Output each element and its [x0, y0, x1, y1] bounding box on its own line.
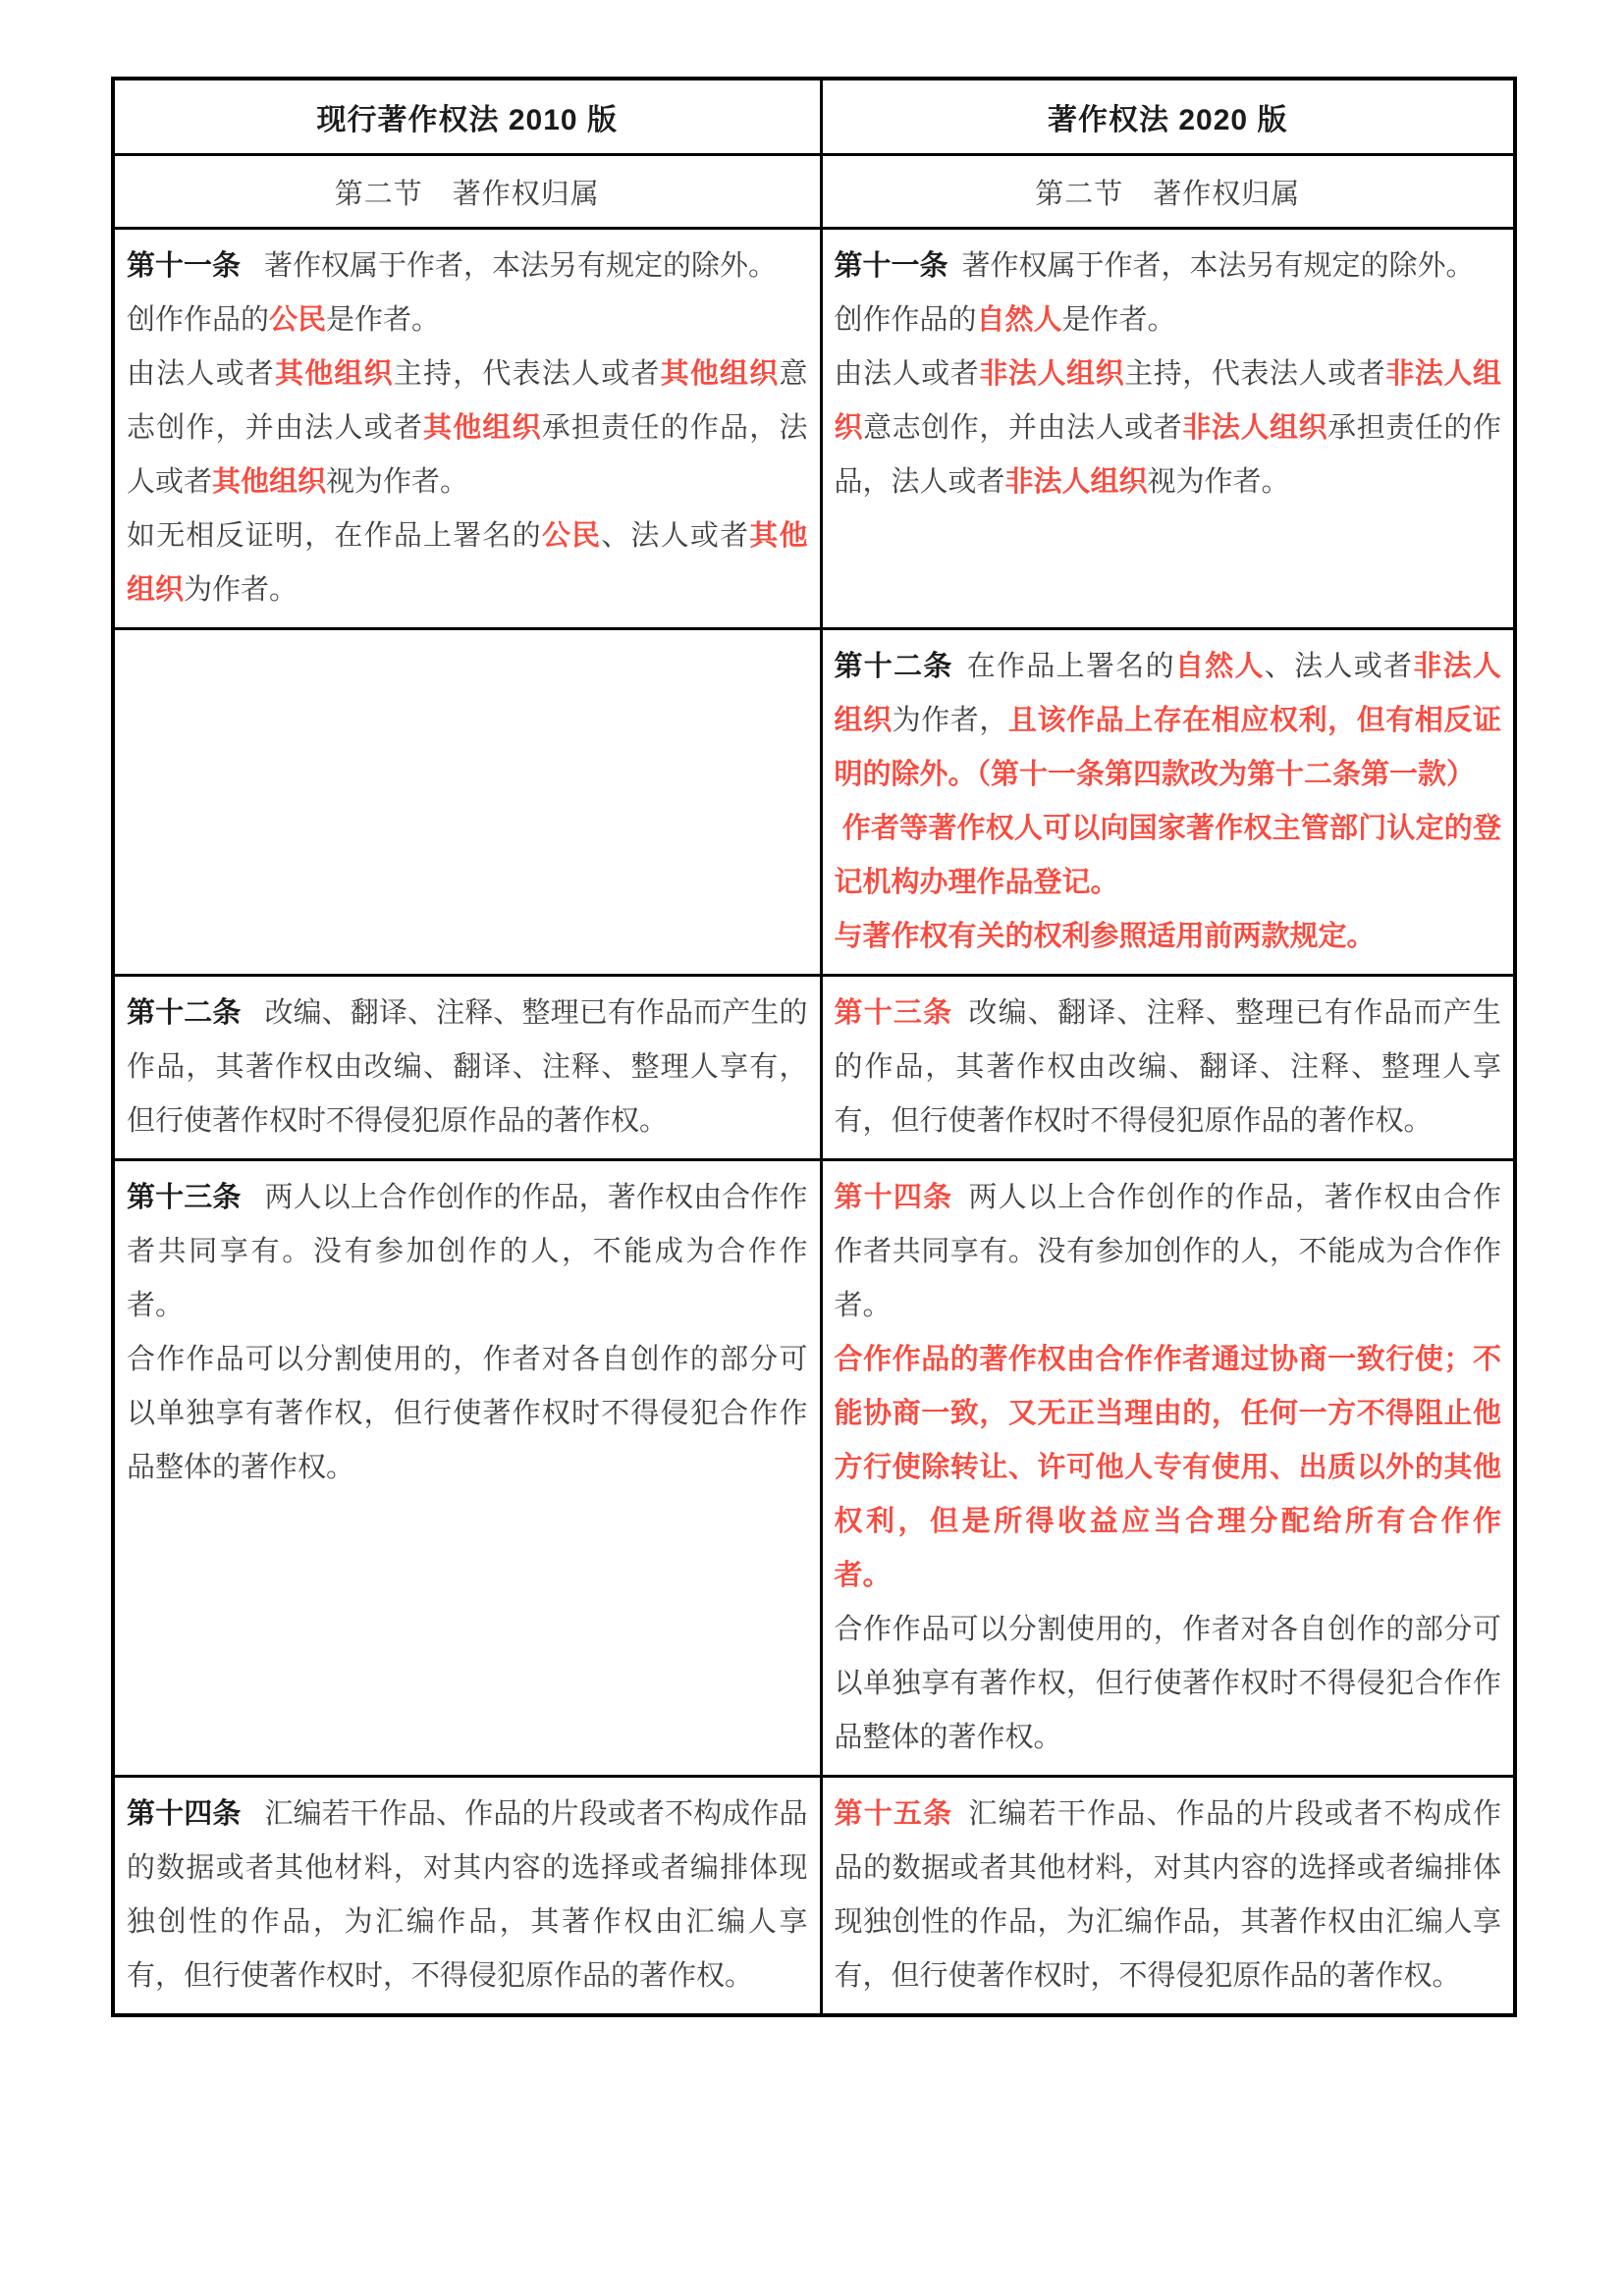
body-text: 视为作者。: [326, 466, 468, 498]
changed-text: 作者等著作权人可以向国家著作权主管部门认定的登记机构办理作品登记。: [835, 813, 1501, 898]
document-page: 现行著作权法 2010 版 著作权法 2020 版 第二节 著作权归属 第二节 …: [0, 0, 1624, 2296]
changed-text: 第十四条: [835, 1182, 953, 1213]
table-header-row: 现行著作权法 2010 版 著作权法 2020 版: [113, 79, 1515, 155]
body-text: 意志创作，并由法人或者: [863, 412, 1182, 444]
article-cell-left-article-11: 第十一条著作权属于作者，本法另有规定的除外。创作作品的公民是作者。由法人或者其他…: [113, 229, 821, 629]
column-header-2010: 现行著作权法 2010 版: [113, 79, 821, 155]
changed-text: 其他组织: [275, 358, 394, 390]
section-title-row: 第二节 著作权归属 第二节 著作权归属: [113, 155, 1515, 229]
paragraph: 作者等著作权人可以向国家著作权主管部门认定的登记机构办理作品登记。: [835, 802, 1502, 910]
paragraph: 由法人或者非法人组织主持，代表法人或者非法人组织意志创作，并由法人或者非法人组织…: [835, 347, 1502, 509]
body-text: 著作权属于作者，本法另有规定的除外。: [264, 250, 777, 282]
body-text: 主持，代表法人或者: [1124, 358, 1385, 390]
changed-text: 其他组织: [212, 466, 326, 498]
body-text: 在作品上署名的: [967, 651, 1175, 682]
article-row-article-14-old-15-new: 第十四条汇编若干作品、作品的片段或者不构成作品的数据或者其他材料，对其内容的选择…: [113, 1777, 1515, 2016]
body-text: 为作者，: [893, 705, 1008, 736]
article-number: 第十二条: [127, 997, 241, 1029]
paragraph: 创作作品的公民是作者。: [127, 294, 808, 347]
section-title-right: 第二节 著作权归属: [821, 155, 1515, 229]
article-cell-left-article-12-new: [113, 629, 821, 976]
paragraph: 第十一条著作权属于作者，本法另有规定的除外。: [127, 240, 808, 294]
paragraph: 第十二条在作品上署名的自然人、法人或者非法人组织为作者，且该作品上存在相应权利，…: [835, 640, 1502, 802]
body-text: 由法人或者: [835, 358, 980, 390]
article-row-article-13-old-14-new: 第十三条两人以上合作创作的作品，著作权由合作作者共同享有。没有参加创作的人，不能…: [113, 1160, 1515, 1777]
body-text: 是作者。: [326, 304, 440, 336]
changed-text: 自然人: [977, 304, 1062, 336]
body-text: 、法人或者: [1265, 651, 1414, 682]
article-row-article-12-old-13-new: 第十二条改编、翻译、注释、整理已有作品而产生的作品，其著作权由改编、翻译、注释、…: [113, 976, 1515, 1160]
article-cell-right-article-12-old-13-new: 第十三条改编、翻译、注释、整理已有作品而产生的作品，其著作权由改编、翻译、注释、…: [821, 976, 1515, 1160]
article-cell-left-article-14-old-15-new: 第十四条汇编若干作品、作品的片段或者不构成作品的数据或者其他材料，对其内容的选择…: [113, 1777, 821, 2016]
paragraph: 第十四条汇编若干作品、作品的片段或者不构成作品的数据或者其他材料，对其内容的选择…: [127, 1788, 808, 2003]
changed-text: 公民: [269, 304, 326, 336]
article-number: 第十一条: [127, 250, 241, 282]
article-number: 第十二条: [835, 651, 953, 682]
paragraph: 第十三条两人以上合作创作的作品，著作权由合作作者共同享有。没有参加创作的人，不能…: [127, 1171, 808, 1333]
column-header-2020: 著作权法 2020 版: [821, 79, 1515, 155]
paragraph: 与著作权有关的权利参照适用前两款规定。: [835, 910, 1502, 964]
article-number: 第十三条: [127, 1182, 241, 1213]
paragraph: 第十三条改编、翻译、注释、整理已有作品而产生的作品，其著作权由改编、翻译、注释、…: [835, 987, 1502, 1148]
body-text: 视为作者。: [1148, 466, 1290, 498]
body-text: 如无相反证明，在作品上署名的: [127, 520, 542, 552]
paragraph: 合作作品可以分割使用的，作者对各自创作的部分可以单独享有著作权，但行使著作权时不…: [835, 1603, 1502, 1765]
law-comparison-table: 现行著作权法 2010 版 著作权法 2020 版 第二节 著作权归属 第二节 …: [111, 77, 1517, 2017]
body-text: 由法人或者: [127, 358, 275, 390]
article-row-article-12-new: 第十二条在作品上署名的自然人、法人或者非法人组织为作者，且该作品上存在相应权利，…: [113, 629, 1515, 976]
paragraph: 合作作品的著作权由合作作者通过协商一致行使；不能协商一致，又无正当理由的，任何一…: [835, 1333, 1502, 1603]
paragraph: 第十五条汇编若干作品、作品的片段或者不构成作品的数据或者其他材料，对其内容的选择…: [835, 1788, 1502, 2003]
body-text: 合作作品可以分割使用的，作者对各自创作的部分可以单独享有著作权，但行使著作权时不…: [835, 1614, 1502, 1753]
body-text: 、法人或者: [601, 520, 749, 552]
article-cell-right-article-14-old-15-new: 第十五条汇编若干作品、作品的片段或者不构成作品的数据或者其他材料，对其内容的选择…: [821, 1777, 1515, 2016]
article-cell-right-article-11: 第十一条著作权属于作者，本法另有规定的除外。创作作品的自然人是作者。由法人或者非…: [821, 229, 1515, 629]
paragraph: 第十四条两人以上合作创作的作品，著作权由合作作者共同享有。没有参加创作的人，不能…: [835, 1171, 1502, 1333]
changed-text: 第十五条: [835, 1798, 953, 1830]
article-cell-right-article-12-new: 第十二条在作品上署名的自然人、法人或者非法人组织为作者，且该作品上存在相应权利，…: [821, 629, 1515, 976]
changed-text: 合作作品的著作权由合作作者通过协商一致行使；不能协商一致，又无正当理由的，任何一…: [835, 1344, 1502, 1591]
body-text: 创作作品的: [127, 304, 269, 336]
changed-text: 其他组织: [423, 412, 542, 444]
paragraph: 第十一条著作权属于作者，本法另有规定的除外。: [835, 240, 1502, 294]
article-cell-left-article-13-old-14-new: 第十三条两人以上合作创作的作品，著作权由合作作者共同享有。没有参加创作的人，不能…: [113, 1160, 821, 1777]
article-row-article-11: 第十一条著作权属于作者，本法另有规定的除外。创作作品的公民是作者。由法人或者其他…: [113, 229, 1515, 629]
body-text: 创作作品的: [835, 304, 977, 336]
paragraph: 合作作品可以分割使用的，作者对各自创作的部分可以单独享有著作权，但行使著作权时不…: [127, 1333, 808, 1495]
body-text: 主持，代表法人或者: [394, 358, 661, 390]
paragraph: 创作作品的自然人是作者。: [835, 294, 1502, 347]
section-title-left: 第二节 著作权归属: [113, 155, 821, 229]
changed-text: 公民: [542, 520, 601, 552]
paragraph: 由法人或者其他组织主持，代表法人或者其他组织意志创作，并由法人或者其他组织承担责…: [127, 347, 808, 509]
changed-text: 非法人组织: [1005, 466, 1148, 498]
changed-text: 其他组织: [661, 358, 780, 390]
article-number: 第十四条: [127, 1798, 241, 1830]
changed-text: 自然人: [1175, 651, 1265, 682]
body-text: 是作者。: [1062, 304, 1176, 336]
changed-text: 与著作权有关的权利参照适用前两款规定。: [835, 921, 1376, 952]
article-number: 第十一条: [835, 250, 948, 282]
changed-text: 第十三条: [835, 997, 953, 1029]
body-text: 为作者。: [184, 574, 298, 606]
changed-text: 非法人组织: [1182, 412, 1327, 444]
body-text: 著作权属于作者，本法另有规定的除外。: [962, 250, 1475, 282]
changed-text: 非法人组织: [979, 358, 1124, 390]
article-cell-right-article-13-old-14-new: 第十四条两人以上合作创作的作品，著作权由合作作者共同享有。没有参加创作的人，不能…: [821, 1160, 1515, 1777]
article-cell-left-article-12-old-13-new: 第十二条改编、翻译、注释、整理已有作品而产生的作品，其著作权由改编、翻译、注释、…: [113, 976, 821, 1160]
paragraph: 第十二条改编、翻译、注释、整理已有作品而产生的作品，其著作权由改编、翻译、注释、…: [127, 987, 808, 1148]
paragraph: 如无相反证明，在作品上署名的公民、法人或者其他组织为作者。: [127, 509, 808, 617]
body-text: 合作作品可以分割使用的，作者对各自创作的部分可以单独享有著作权，但行使著作权时不…: [127, 1344, 808, 1483]
